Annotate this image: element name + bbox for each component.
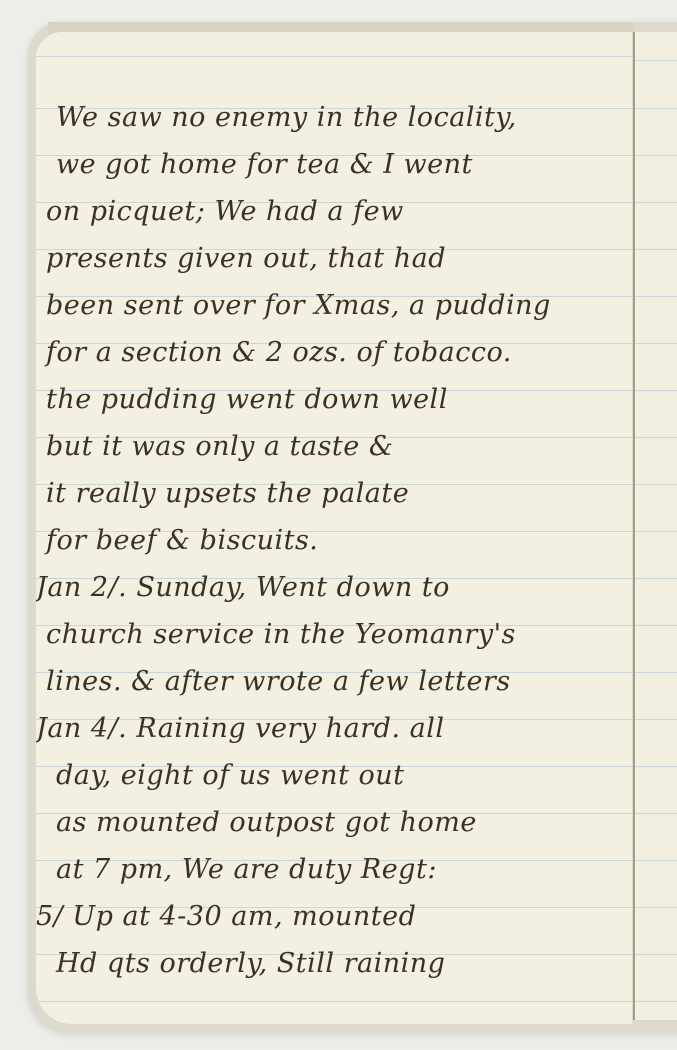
handwritten-text: We saw no enemy in the locality, we got … [36,94,632,987]
text-line: for beef & biscuits. [36,517,632,564]
text-line: the pudding went down well [36,376,632,423]
text-line: been sent over for Xmas, a pudding [36,282,632,329]
text-line: day, eight of us went out [36,752,632,799]
text-line-date-entry: Jan 2/. Sunday, Went down to [36,564,632,611]
text-line: we got home for tea & I went [36,141,632,188]
text-line: on picquet; We had a few [36,188,632,235]
text-line-date-entry: Jan 4/. Raining very hard. all [36,705,632,752]
text-line: presents given out, that had [36,235,632,282]
text-line: We saw no enemy in the locality, [36,94,632,141]
facing-page-edge [633,32,677,1020]
text-line: at 7 pm, We are duty Regt: [36,846,632,893]
text-line: lines. & after wrote a few letters [36,658,632,705]
text-line: for a section & 2 ozs. of tobacco. [36,329,632,376]
diary-page: We saw no enemy in the locality, we got … [36,32,632,1024]
text-line-date-entry: 5/ Up at 4-30 am, mounted [36,893,632,940]
text-line: it really upsets the palate [36,470,632,517]
text-line: church service in the Yeomanry's [36,611,632,658]
text-line: Hd qts orderly, Still raining [36,940,632,987]
text-line: but it was only a taste & [36,423,632,470]
ruled-lines [635,32,677,1020]
text-line: as mounted outpost got home [36,799,632,846]
